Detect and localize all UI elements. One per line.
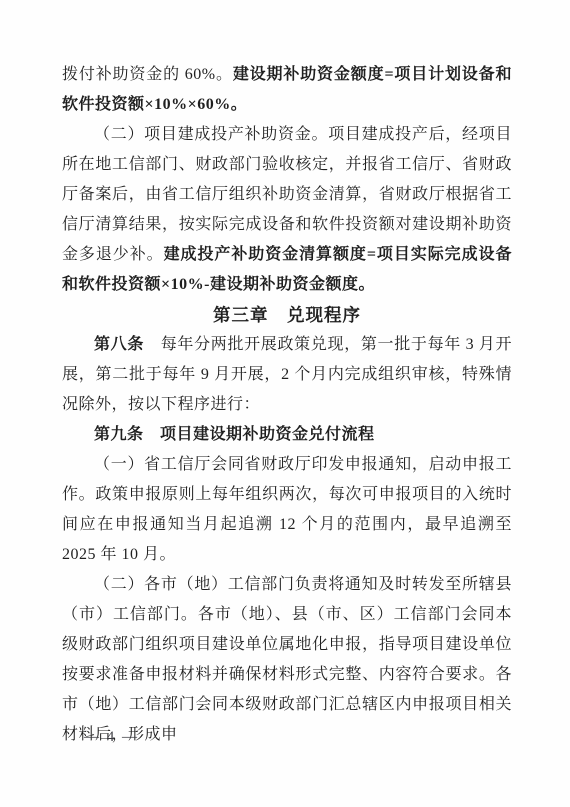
chapter-heading: 第三章 兑现程序: [62, 300, 512, 330]
paragraph-text: （二）项目建成投产补助资金。项目建成投产后，经项目所在地工信部门、财政部门验收核…: [62, 126, 512, 263]
article-number-label: 第八条: [94, 336, 144, 353]
paragraph-text: 拨付补助资金的 60%。: [62, 66, 233, 83]
document-page: 拨付补助资金的 60%。建设期补助资金额度=项目计划设备和软件投资额×10%×6…: [0, 0, 570, 807]
paragraph-continuation: 拨付补助资金的 60%。建设期补助资金额度=项目计划设备和软件投资额×10%×6…: [62, 60, 512, 120]
paragraph-item-2: （二）项目建成投产补助资金。项目建成投产后，经项目所在地工信部门、财政部门验收核…: [62, 120, 512, 300]
paragraph-item-1-flow: （一）省工信厅会同省财政厅印发申报通知，启动申报工作。政策申报原则上每年组织两次…: [62, 450, 512, 570]
article-8-paragraph: 第八条 每年分两批开展政策兑现，第一批于每年 3 月开展，第二批于每年 9 月开…: [62, 330, 512, 420]
document-body: 拨付补助资金的 60%。建设期补助资金额度=项目计划设备和软件投资额×10%×6…: [62, 60, 512, 750]
page-number: — 4 —: [84, 729, 139, 746]
article-9-heading: 第九条 项目建设期补助资金兑付流程: [62, 420, 512, 450]
paragraph-item-2-flow: （二）各市（地）工信部门负责将通知及时转发至所辖县（市）工信部门。各市（地）、县…: [62, 570, 512, 750]
